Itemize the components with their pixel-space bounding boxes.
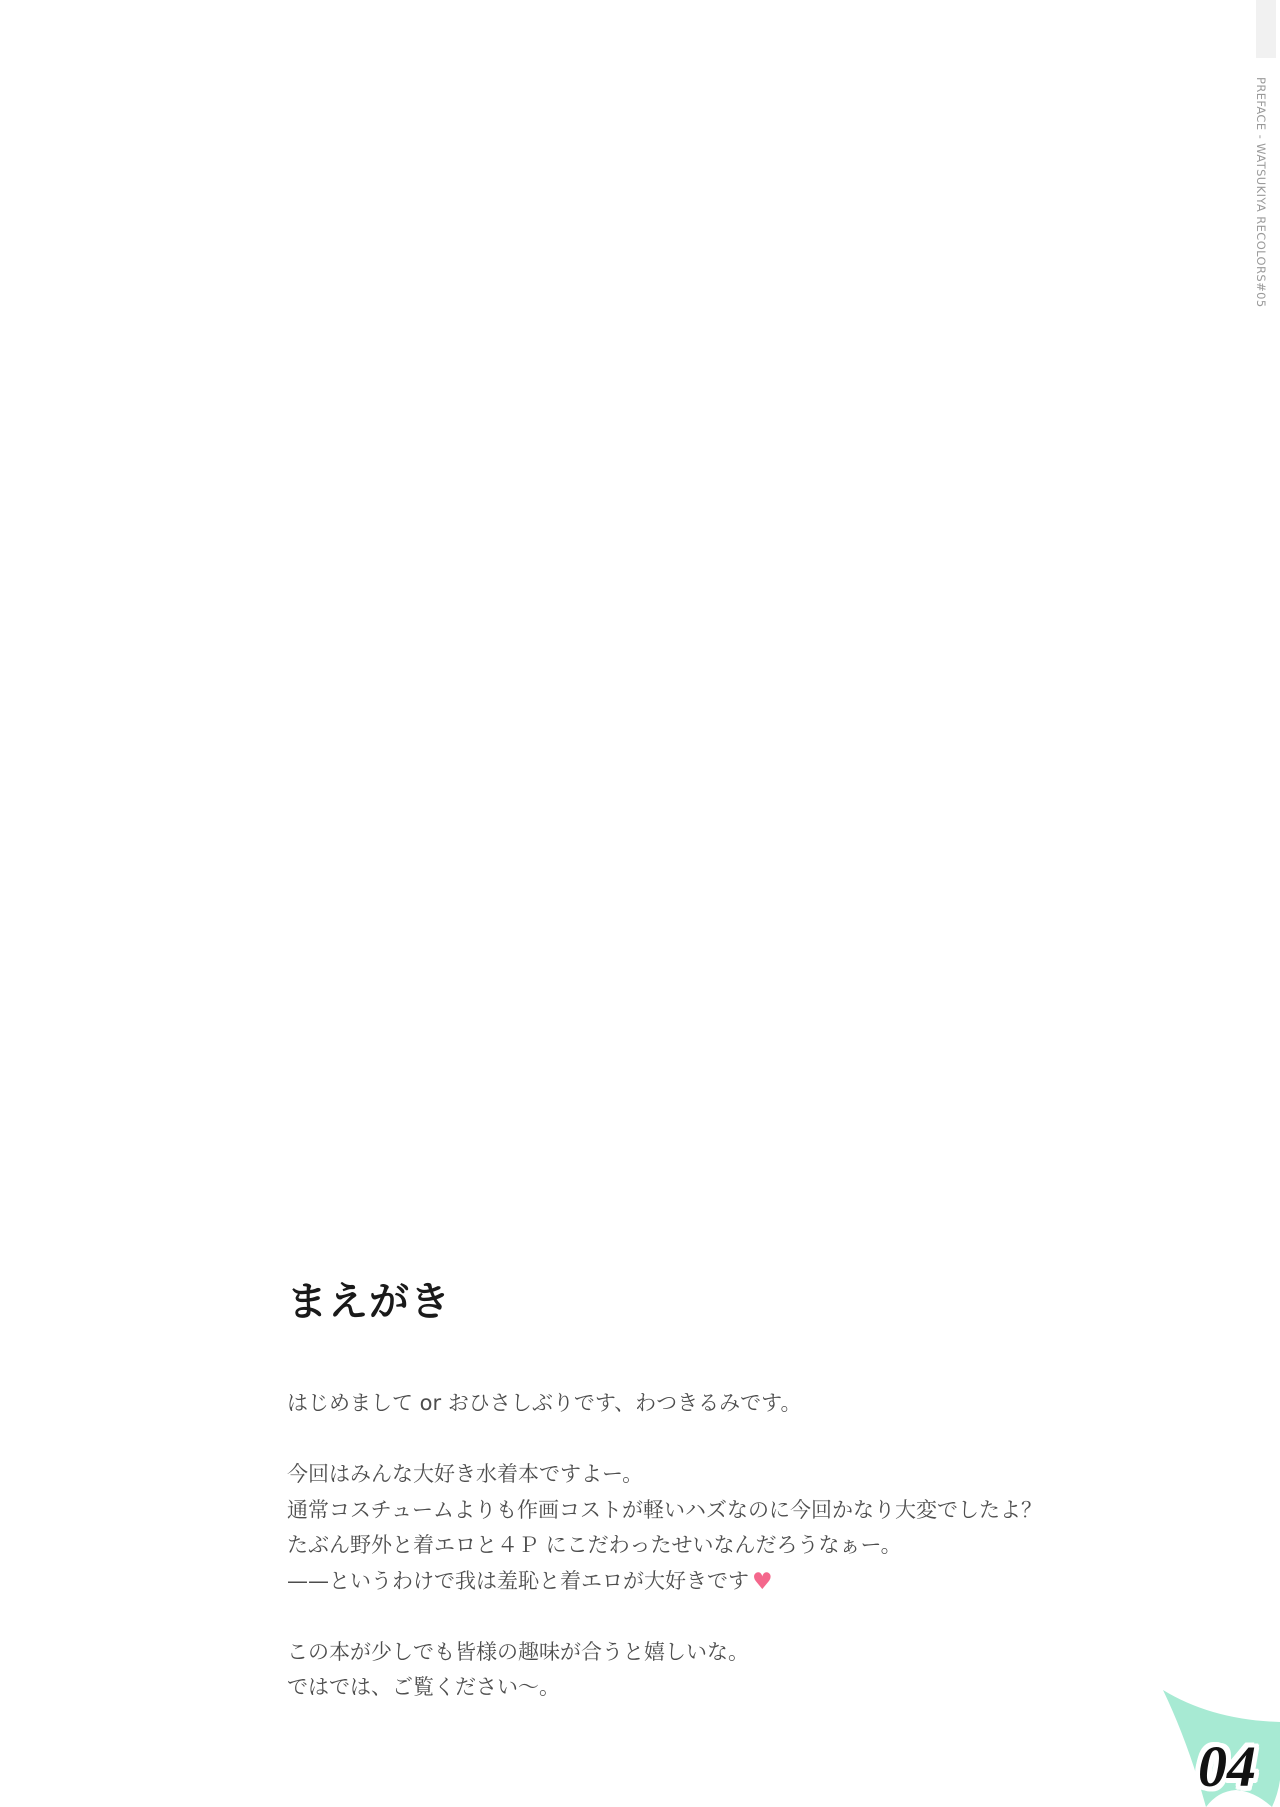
- body-line: たぶん野外と着エロと４Ｐ にこだわったせいなんだろうなぁー。: [287, 1528, 1047, 1564]
- preface-heading: まえがき: [287, 1280, 451, 1324]
- body-line: はじめまして or おひさしぶりです、わつきるみです。: [287, 1386, 1047, 1422]
- body-line: 今回はみんな大好き水着本ですよー。: [287, 1457, 1047, 1493]
- document-page: PREFACE - WATSUKIYA RECOLORS#05 まえがき はじめ…: [0, 0, 1280, 1807]
- side-vertical-label: PREFACE - WATSUKIYA RECOLORS#05: [1254, 77, 1268, 308]
- paragraph-spacer: [287, 1422, 1047, 1458]
- preface-body: はじめまして or おひさしぶりです、わつきるみです。 今回はみんな大好き水着本…: [287, 1386, 1047, 1706]
- paragraph-spacer: [287, 1599, 1047, 1635]
- body-line: 通常コスチュームよりも作画コストが軽いハズなのに今回かなり大変でしたよ？: [287, 1493, 1047, 1529]
- body-line-text: ——というわけで我は羞恥と着エロが大好きです: [287, 1569, 749, 1593]
- body-line: この本が少しでも皆様の趣味が合うと嬉しいな。: [287, 1635, 1047, 1671]
- top-right-gray-bar: [1256, 0, 1276, 58]
- body-line: ではでは、ご覧ください〜。: [287, 1670, 1047, 1706]
- heart-icon: ♥: [752, 1569, 773, 1595]
- body-line: ——というわけで我は羞恥と着エロが大好きです♥: [287, 1564, 1047, 1600]
- page-number: 04: [1198, 1738, 1256, 1796]
